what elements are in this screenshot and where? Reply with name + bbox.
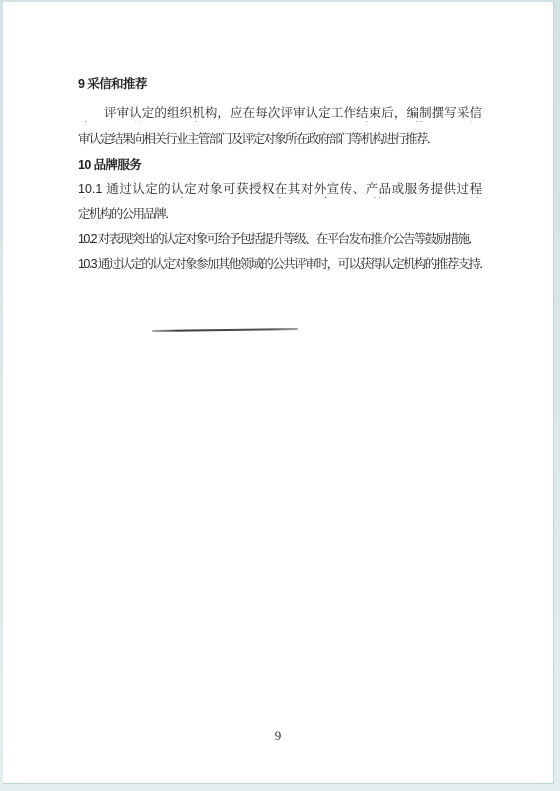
- document-page: 9 采信和推荐 评审认定的组织机构，应在每次评审认定工作结束后，编制撰写采信建议…: [3, 2, 554, 784]
- clause-10-2: 10.2 对表现突出的认定对象可给予包括提升等级、在平台发布推介公告等鼓励措施．: [78, 232, 482, 247]
- section-9-heading: 9 采信和推荐: [78, 77, 482, 92]
- scanned-page-frame: 9 采信和推荐 评审认定的组织机构，应在每次评审认定工作结束后，编制撰写采信建议…: [0, 0, 560, 791]
- section-divider-rule: [152, 328, 298, 332]
- clause-10-1-line-2: 定机构的公用品牌．: [78, 207, 482, 222]
- clause-10-3: 10.3 通过认定的认定对象参加其他领域的公共评审时，可以获得认定机构的推荐支持…: [78, 257, 482, 272]
- section-9-paragraph-line-2: 审认定结果向相关行业主管部门及评定对象所在政府部门等机构进行推荐．: [78, 132, 482, 147]
- section-9-paragraph-line-1: 评审认定的组织机构，应在每次评审认定工作结束后，编制撰写采信建议书，及时将评: [78, 106, 482, 122]
- clause-10-1-line-1: 10.1 通过认定的认定对象可获授权在其对外宣传、产品或服务提供过程中，合理合规…: [78, 182, 482, 198]
- section-10-heading: 10 品牌服务: [78, 158, 482, 173]
- page-number: 9: [3, 728, 553, 744]
